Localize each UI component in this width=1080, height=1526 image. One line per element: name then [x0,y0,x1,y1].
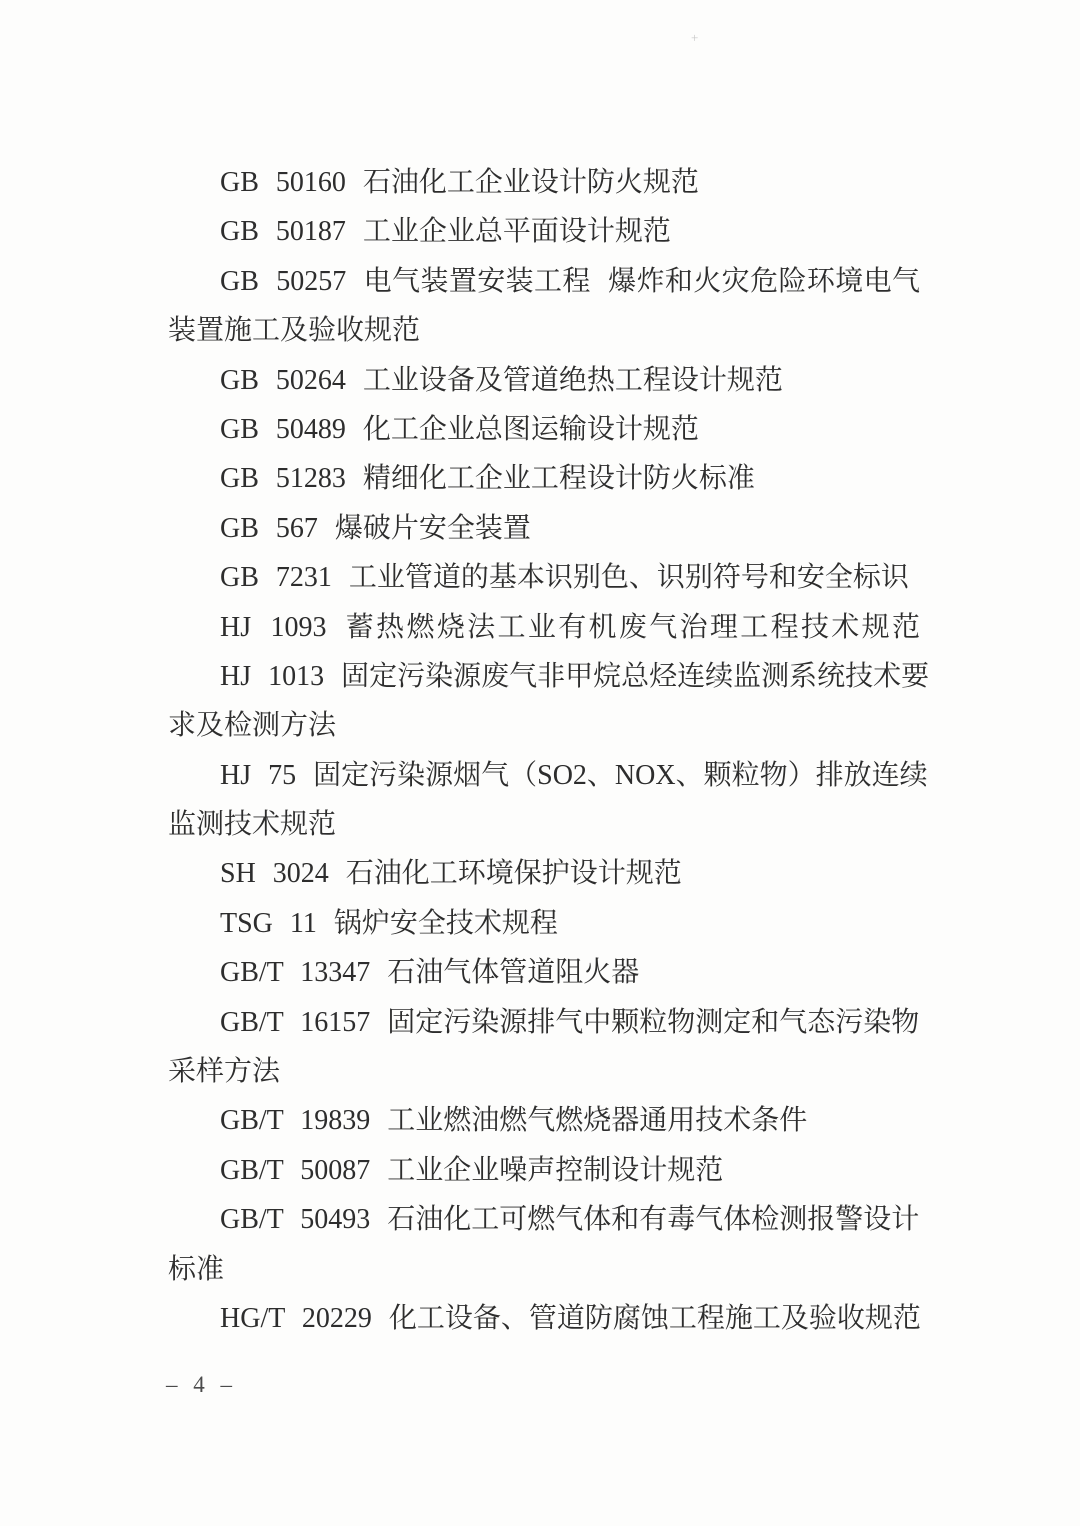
page-number: – 4 – [166,1372,237,1398]
document-line: GB/T 50087 工业企业噪声控制设计规范 [168,1146,920,1195]
document-line: GB/T 13347 石油气体管道阻火器 [168,948,920,997]
document-line: 标准 [168,1245,920,1294]
document-line: 求及检测方法 [168,701,920,750]
document-line: GB 50257 电气装置安装工程 爆炸和火灾危险环境电气 [168,257,920,306]
document-line: GB/T 50493 石油化工可燃气体和有毒气体检测报警设计 [168,1195,920,1244]
document-line: GB 50489 化工企业总图运输设计规范 [168,405,920,454]
document-line: HJ 75 固定污染源烟气（SO2、NOX、颗粒物）排放连续 [168,751,920,800]
document-line: GB 567 爆破片安全装置 [168,504,920,553]
scanned-document-page: + GB 50160 石油化工企业设计防火规范GB 50187 工业企业总平面设… [0,0,1080,1526]
document-line: TSG 11 锅炉安全技术规程 [168,899,920,948]
document-line: GB 50160 石油化工企业设计防火规范 [168,158,920,207]
standards-reference-list: GB 50160 石油化工企业设计防火规范GB 50187 工业企业总平面设计规… [168,158,920,1343]
document-line: GB 7231 工业管道的基本识别色、识别符号和安全标识 [168,553,920,602]
document-line: SH 3024 石油化工环境保护设计规范 [168,849,920,898]
document-line: 监测技术规范 [168,800,920,849]
document-line: HG/T 20229 化工设备、管道防腐蚀工程施工及验收规范 [168,1294,920,1343]
document-line: 采样方法 [168,1047,920,1096]
document-line: HJ 1093 蓄热燃烧法工业有机废气治理工程技术规范 [168,603,920,652]
document-line: GB/T 19839 工业燃油燃气燃烧器通用技术条件 [168,1096,920,1145]
document-line: GB 50187 工业企业总平面设计规范 [168,207,920,256]
document-line: 装置施工及验收规范 [168,306,920,355]
document-line: GB 50264 工业设备及管道绝热工程设计规范 [168,356,920,405]
document-line: HJ 1013 固定污染源废气非甲烷总烃连续监测系统技术要 [168,652,920,701]
document-line: GB 51283 精细化工企业工程设计防火标准 [168,454,920,503]
scan-artifact-mark: + [691,30,698,46]
document-line: GB/T 16157 固定污染源排气中颗粒物测定和气态污染物 [168,998,920,1047]
